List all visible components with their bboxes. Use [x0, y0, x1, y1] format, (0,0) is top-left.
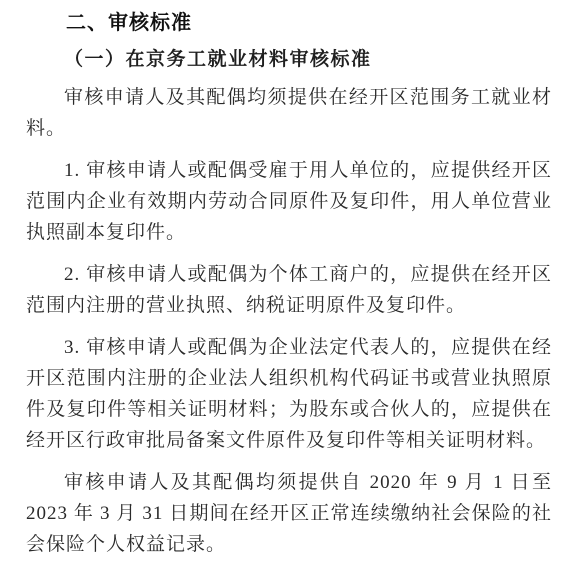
subsection-heading: （一）在京务工就业材料审核标准 [26, 44, 552, 75]
body-paragraph-social-insurance: 审核申请人及其配偶均须提供自 2020 年 9 月 1 日至 2023 年 3 … [26, 467, 552, 560]
body-paragraph-item-3: 3. 审核申请人或配偶为企业法定代表人的，应提供在经开区范围内注册的企业法人组织… [26, 332, 552, 456]
body-paragraph-item-1: 1. 审核申请人或配偶受雇于用人单位的，应提供经开区范围内企业有效期内劳动合同原… [26, 155, 552, 248]
body-paragraph-intro: 审核申请人及其配偶均须提供在经开区范围务工就业材料。 [26, 82, 552, 144]
document-page: 二、审核标准 （一）在京务工就业材料审核标准 审核申请人及其配偶均须提供在经开区… [0, 0, 578, 575]
body-paragraph-item-2: 2. 审核申请人或配偶为个体工商户的，应提供在经开区范围内注册的营业执照、纳税证… [26, 259, 552, 321]
section-heading: 二、审核标准 [26, 8, 552, 39]
